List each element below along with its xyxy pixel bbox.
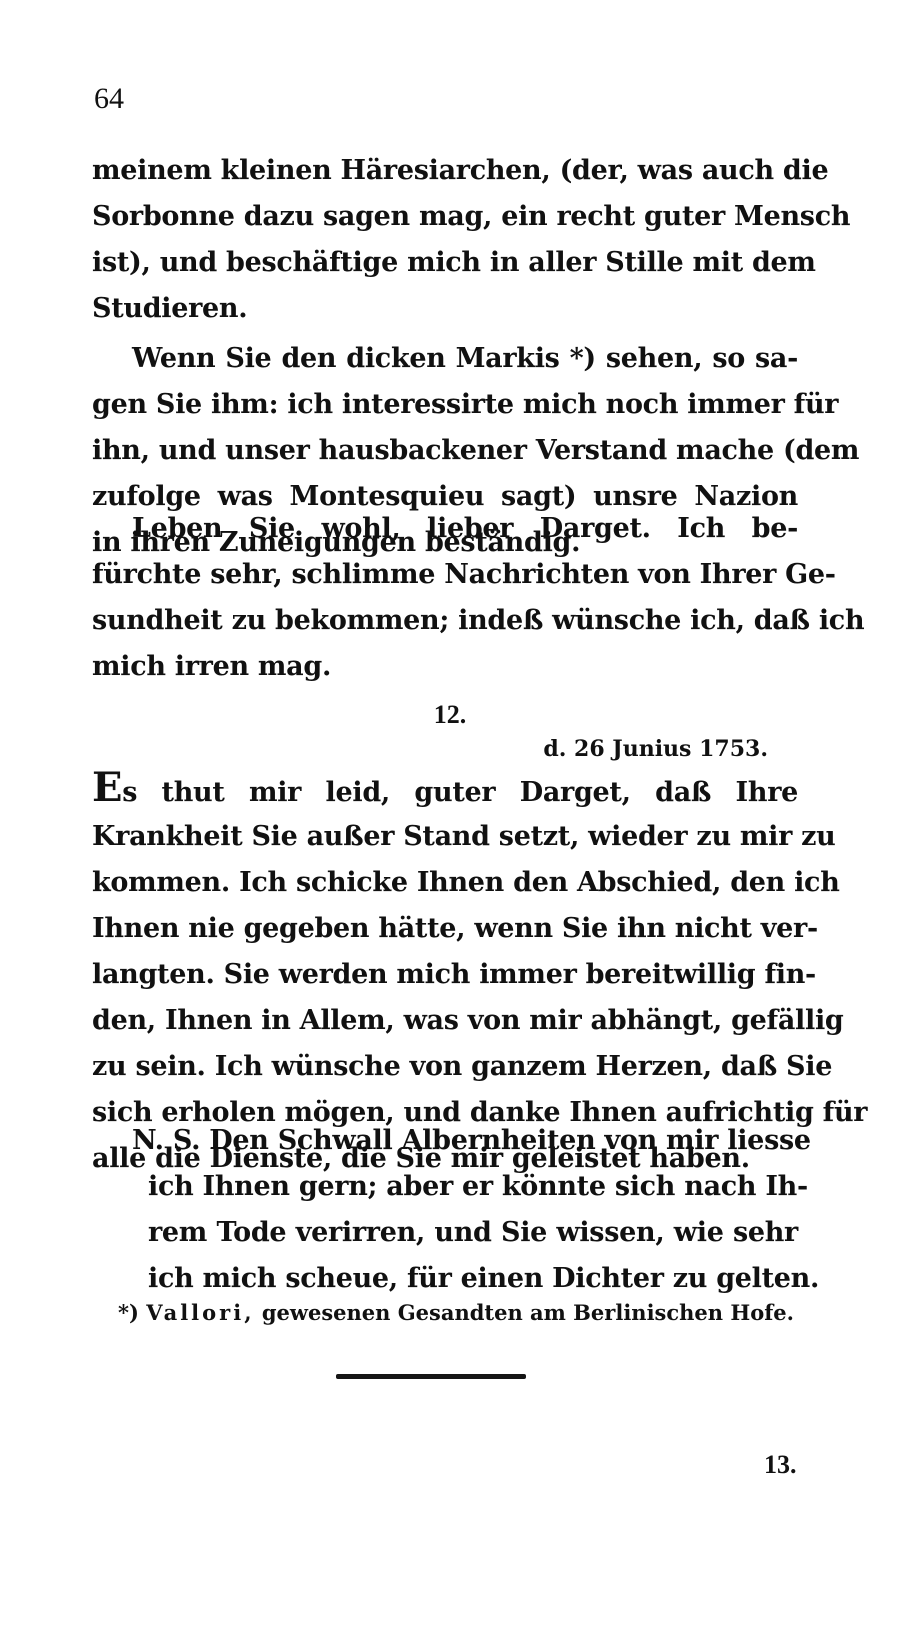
paragraph-continuation: meinem kleinen Häresiarchen, (der, was a… xyxy=(92,148,798,332)
text-line: Wenn Sie den dicken Markis *) sehen, so … xyxy=(92,336,798,382)
text-line-first: Es thut mir leid, guter Darget, daß Ihre xyxy=(92,768,798,814)
text-line: fürchte sehr, schlimme Nachrichten von I… xyxy=(92,552,798,598)
footnote-name: Vallori, xyxy=(146,1300,254,1325)
text-line: Sorbonne dazu sagen mag, ein recht guter… xyxy=(92,194,798,240)
text-line: den, Ihnen in Allem, was von mir abhängt… xyxy=(92,998,798,1044)
drop-cap: E xyxy=(92,764,122,811)
text-line: ich Ihnen gern; aber er könnte sich nach… xyxy=(92,1164,798,1210)
text-line: meinem kleinen Häresiarchen, (der, was a… xyxy=(92,148,798,194)
text-line: N. S. Den Schwall Albernheiten von mir l… xyxy=(92,1118,798,1164)
text-line: Ihnen nie gegeben hätte, wenn Sie ihn ni… xyxy=(92,906,798,952)
text-line: Krankheit Sie außer Stand setzt, wieder … xyxy=(92,814,798,860)
text-line: Leben Sie wohl, lieber Darget. Ich be- xyxy=(92,506,798,552)
footnote-marker: *) xyxy=(118,1300,139,1325)
text-line: kommen. Ich schicke Ihnen den Abschied, … xyxy=(92,860,798,906)
letter-number-heading: 12. xyxy=(0,700,900,730)
text-line: ich mich scheue, für einen Dichter zu ge… xyxy=(92,1256,798,1302)
text-line: sundheit zu bekommen; indeß wünsche ich,… xyxy=(92,598,798,644)
page-number: 64 xyxy=(94,82,124,116)
text-line: ist), und beschäftige mich in aller Stil… xyxy=(92,240,798,286)
footnote-text: gewesenen Gesandten am Berlinischen Hofe… xyxy=(262,1300,794,1325)
postscript: N. S. Den Schwall Albernheiten von mir l… xyxy=(92,1118,798,1302)
text-line: rem Tode verirren, und Sie wissen, wie s… xyxy=(92,1210,798,1256)
text-line: mich irren mag. xyxy=(92,644,798,690)
catchword: 13. xyxy=(764,1450,797,1480)
paragraph-farewell: Leben Sie wohl, lieber Darget. Ich be- f… xyxy=(92,506,798,690)
text-line-rest: s thut mir leid, guter Darget, daß Ihre xyxy=(122,777,798,808)
text-line: Studieren. xyxy=(92,286,798,332)
text-line: langten. Sie werden mich immer bereitwil… xyxy=(92,952,798,998)
text-line: gen Sie ihm: ich interessirte mich noch … xyxy=(92,382,798,428)
letter-date: d. 26 Junius 1753. xyxy=(543,736,768,762)
footnote: *) Vallori, gewesenen Gesandten am Berli… xyxy=(118,1300,778,1325)
section-divider-rule xyxy=(336,1374,526,1379)
text-line: ihn, und unser hausbackener Verstand mac… xyxy=(92,428,798,474)
text-line: zu sein. Ich wünsche von ganzem Herzen, … xyxy=(92,1044,798,1090)
